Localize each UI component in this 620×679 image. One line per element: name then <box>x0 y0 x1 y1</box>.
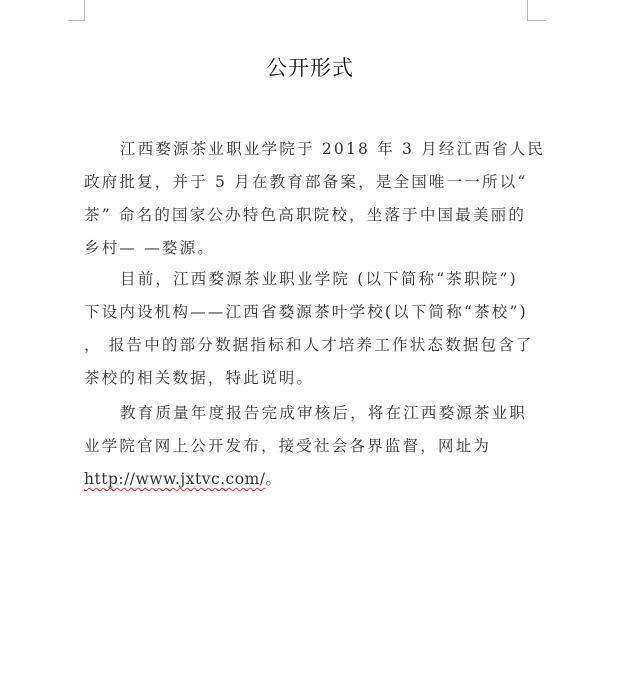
url-suffix: 。 <box>266 470 284 488</box>
page-corner-mark-top-left <box>68 0 85 21</box>
paragraph-line: ， 报告中的部分数据指标和人才培养工作状态数据包含了 <box>84 329 524 362</box>
paragraph-line: 目前，江西婺源茶业职业学院 (以下简称“茶职院”) <box>84 263 524 296</box>
website-url-link[interactable]: http://www.jxtvc.com/ <box>84 470 266 488</box>
paragraph-line: 乡村— —婺源。 <box>84 232 524 265</box>
page-corner-mark-top-right <box>527 0 546 21</box>
paragraph-line: 江西婺源茶业职业学院于 2018 年 3 月经江西省人民 <box>84 133 524 166</box>
paragraph-line: 政府批复，并于 5 月在教育部备案，是全国唯一一所以“ <box>84 166 524 199</box>
paragraph-publication: 教育质量年度报告完成审核后，将在江西婺源茶业职 业学院官网上公开发布，接受社会各… <box>84 397 524 496</box>
paragraph-line: 下设内设机构——江西省婺源茶叶学校(以下简称“茶校”) <box>84 296 524 329</box>
paragraph-intro: 江西婺源茶业职业学院于 2018 年 3 月经江西省人民 政府批复，并于 5 月… <box>84 133 524 265</box>
document-title: 公开形式 <box>0 52 620 82</box>
paragraph-line: 业学院官网上公开发布，接受社会各界监督，网址为 <box>84 430 524 463</box>
paragraph-line: 教育质量年度报告完成审核后，将在江西婺源茶业职 <box>84 397 524 430</box>
paragraph-structure-note: 目前，江西婺源茶业职业学院 (以下简称“茶职院”) 下设内设机构——江西省婺源茶… <box>84 263 524 395</box>
paragraph-line: 茶校的相关数据，特此说明。 <box>84 362 524 395</box>
url-line: http://www.jxtvc.com/。 <box>84 463 524 496</box>
paragraph-line: 茶” 命名的国家公办特色高职院校，坐落于中国最美丽的 <box>84 199 524 232</box>
